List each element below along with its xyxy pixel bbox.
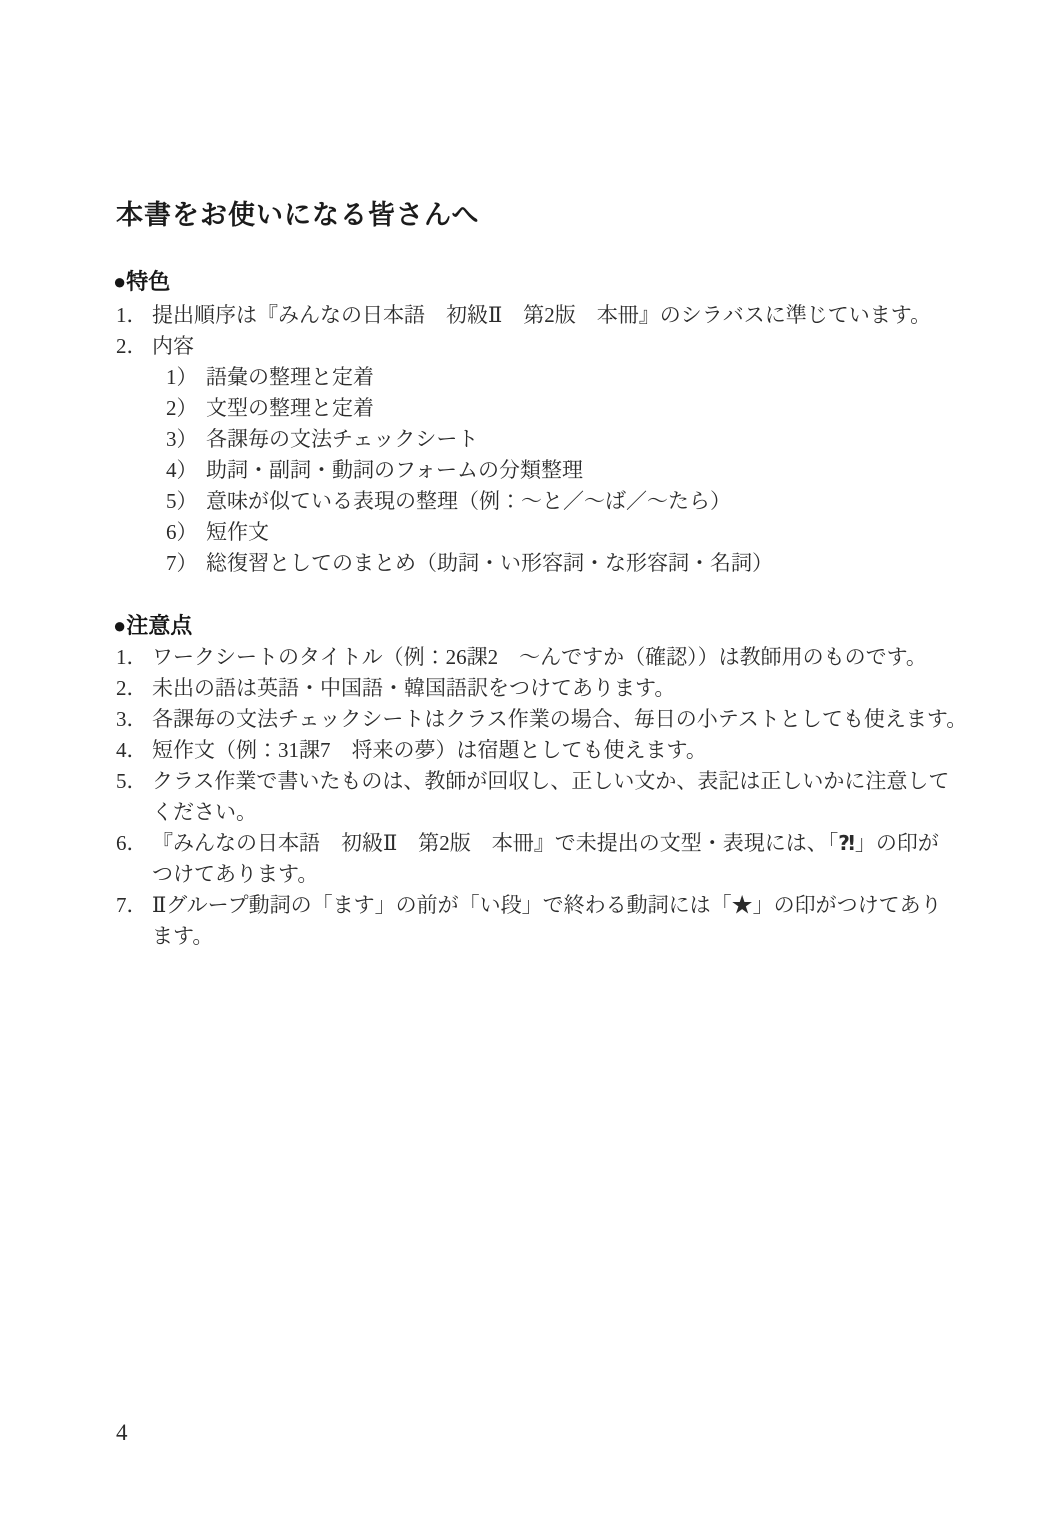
note-item-6: 6． 『みんなの日本語 初級Ⅱ 第2版 本冊』で未提出の文型・表現には、「⁈」の… [113, 828, 983, 890]
features-section: ●特色 1． 提出順序は『みんなの日本語 初級Ⅱ 第2版 本冊』のシラバスに準じ… [113, 264, 983, 579]
item-number: 7． [116, 890, 152, 921]
note-item-1: 1． ワークシートのタイトル（例：26課2 ～んですか（確認））は教師用のもので… [113, 642, 983, 673]
feature-subitem-3: 3） 各課毎の文法チェックシート [113, 424, 983, 455]
subitem-text: 各課毎の文法チェックシート [206, 424, 478, 455]
feature-subitem-6: 6） 短作文 [113, 517, 983, 548]
item-text-line-1: Ⅱグループ動詞の「ます」の前が「い段」で終わる動詞には「★」の印がつけてあり [152, 890, 942, 921]
item-text: 短作文（例：31課7 将来の夢）は宿題としても使えます。 [152, 735, 707, 766]
document-page: 本書をお使いになる皆さんへ ●特色 1． 提出順序は『みんなの日本語 初級Ⅱ 第… [0, 0, 1063, 1536]
item-number: 6． [116, 828, 152, 859]
item-text-line-2: ます。 [152, 921, 942, 952]
subitem-text: 助詞・副詞・動詞のフォームの分類整理 [206, 455, 583, 486]
note-item-3: 3． 各課毎の文法チェックシートはクラス作業の場合、毎日の小テストとしても使えま… [113, 704, 983, 735]
subitem-number: 6） [166, 517, 206, 548]
feature-subitem-7: 7） 総復習としてのまとめ（助詞・い形容詞・な形容詞・名詞） [113, 548, 983, 579]
subitem-text: 語彙の整理と定着 [206, 362, 374, 393]
feature-subitem-4: 4） 助詞・副詞・動詞のフォームの分類整理 [113, 455, 983, 486]
text-after-mark: 」の印が [855, 831, 939, 855]
note-item-5: 5． クラス作業で書いたものは、教師が回収し、正しい文か、表記は正しいかに注意し… [113, 766, 983, 828]
item-text: 各課毎の文法チェックシートはクラス作業の場合、毎日の小テストとしても使えます。 [152, 704, 967, 735]
subitem-number: 4） [166, 455, 206, 486]
item-text: Ⅱグループ動詞の「ます」の前が「い段」で終わる動詞には「★」の印がつけてあり ま… [152, 890, 942, 952]
notes-section: ●注意点 1． ワークシートのタイトル（例：26課2 ～んですか（確認））は教師… [113, 609, 983, 952]
feature-subitem-2: 2） 文型の整理と定着 [113, 393, 983, 424]
page-title: 本書をお使いになる皆さんへ [116, 197, 479, 233]
subitem-number: 7） [166, 548, 206, 579]
item-number: 2． [116, 673, 152, 704]
item-number: 1． [116, 300, 152, 331]
item-text: 『みんなの日本語 初級Ⅱ 第2版 本冊』で未提出の文型・表現には、「⁈」の印が … [152, 828, 939, 890]
item-text-line-1: 『みんなの日本語 初級Ⅱ 第2版 本冊』で未提出の文型・表現には、「⁈」の印が [152, 828, 939, 859]
item-text-line-1: クラス作業で書いたものは、教師が回収し、正しい文か、表記は正しいかに注意して [152, 766, 949, 797]
note-item-7: 7． Ⅱグループ動詞の「ます」の前が「い段」で終わる動詞には「★」の印がつけてあ… [113, 890, 983, 952]
subitem-number: 5） [166, 486, 206, 517]
subitem-number: 1） [166, 362, 206, 393]
interrobang-mark: ⁈ [838, 831, 855, 855]
note-item-4: 4． 短作文（例：31課7 将来の夢）は宿題としても使えます。 [113, 735, 983, 766]
feature-item-2: 2． 内容 [113, 331, 983, 362]
feature-subitem-5: 5） 意味が似ている表現の整理（例：～と／～ば／～たら） [113, 486, 983, 517]
page-number: 4 [116, 1417, 128, 1448]
item-number: 1． [116, 642, 152, 673]
subitem-number: 2） [166, 393, 206, 424]
item-text: 未出の語は英語・中国語・韓国語訳をつけてあります。 [152, 673, 675, 704]
feature-subitem-1: 1） 語彙の整理と定着 [113, 362, 983, 393]
item-number: 2． [116, 331, 152, 362]
item-text: 提出順序は『みんなの日本語 初級Ⅱ 第2版 本冊』のシラバスに準じています。 [152, 300, 931, 331]
item-text-line-2: つけてあります。 [152, 859, 939, 890]
features-heading: ●特色 [113, 264, 983, 300]
feature-item-1: 1． 提出順序は『みんなの日本語 初級Ⅱ 第2版 本冊』のシラバスに準じています… [113, 300, 983, 331]
subitem-text: 意味が似ている表現の整理（例：～と／～ば／～たら） [206, 486, 731, 517]
subitem-number: 3） [166, 424, 206, 455]
note-item-2: 2． 未出の語は英語・中国語・韓国語訳をつけてあります。 [113, 673, 983, 704]
subitem-text: 短作文 [206, 517, 269, 548]
subitem-text: 文型の整理と定着 [206, 393, 374, 424]
item-text: クラス作業で書いたものは、教師が回収し、正しい文か、表記は正しいかに注意して く… [152, 766, 949, 828]
item-number: 4． [116, 735, 152, 766]
text-before-mark: 『みんなの日本語 初級Ⅱ 第2版 本冊』で未提出の文型・表現には、「 [152, 831, 838, 855]
notes-heading: ●注意点 [113, 609, 983, 642]
item-text: ワークシートのタイトル（例：26課2 ～んですか（確認））は教師用のものです。 [152, 642, 927, 673]
item-number: 3． [116, 704, 152, 735]
item-text-line-2: ください。 [152, 797, 949, 828]
subitem-text: 総復習としてのまとめ（助詞・い形容詞・な形容詞・名詞） [206, 548, 773, 579]
item-text: 内容 [152, 331, 194, 362]
item-number: 5． [116, 766, 152, 797]
